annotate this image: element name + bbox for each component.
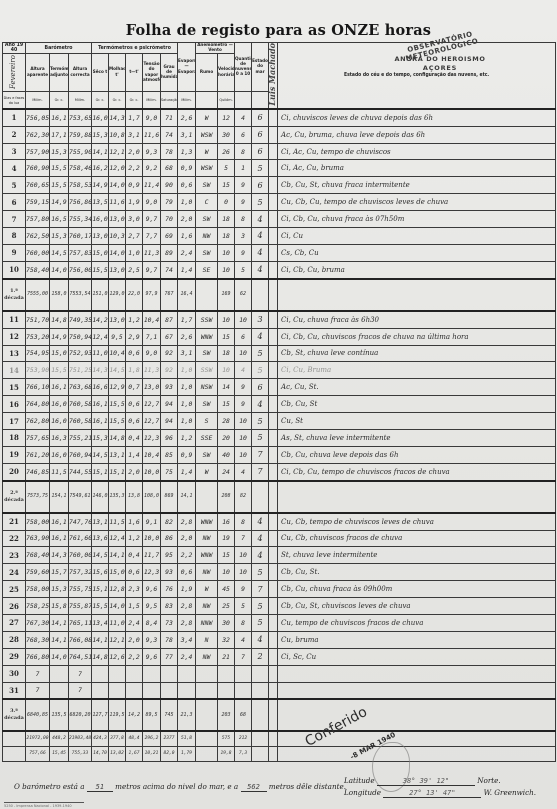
seco-cell: 14,5 bbox=[92, 547, 109, 564]
term-cell: 16,1 bbox=[50, 379, 69, 396]
tensao-cell: 9,6 bbox=[143, 648, 161, 665]
rumo-cell: SE bbox=[196, 261, 218, 278]
alt-ap-cell: 762,50 bbox=[26, 228, 50, 245]
day-cell: 10 bbox=[3, 261, 26, 278]
evap-cell: 2,8 bbox=[178, 513, 196, 530]
footer-text: metros dêle distante. bbox=[269, 782, 346, 791]
day-cell: 31 bbox=[3, 682, 26, 699]
sky-description-cell: Ci, Cb, Cu, bruma bbox=[278, 261, 556, 278]
diff-cell: 1,4 bbox=[126, 446, 143, 463]
evap-cell: 1,3 bbox=[178, 143, 196, 160]
decade-sum-cell: 129,0 bbox=[109, 279, 126, 311]
observer-cell bbox=[269, 211, 278, 228]
tensao-cell: 9,0 bbox=[143, 345, 161, 362]
total-cell: 14,70 bbox=[92, 747, 109, 762]
observer-cell bbox=[269, 631, 278, 648]
alt-cor-cell: 753,65 bbox=[69, 109, 92, 126]
molh-cell: 15,5 bbox=[109, 413, 126, 430]
vel-cell: 10 bbox=[218, 362, 235, 379]
observer-cell bbox=[269, 530, 278, 547]
tensao-cell: 9,3 bbox=[143, 143, 161, 160]
alt-ap-cell: 746,85 bbox=[26, 463, 50, 480]
unit-label: Milím. bbox=[143, 91, 161, 109]
sky-description-cell bbox=[278, 665, 556, 682]
rumo-cell: SSW bbox=[196, 311, 218, 328]
diff-cell: 1,6 bbox=[126, 513, 143, 530]
tensao-cell: 9,7 bbox=[143, 211, 161, 228]
evap-cell: 1,4 bbox=[178, 463, 196, 480]
sky-description-cell: Cb, Cu, St. bbox=[278, 564, 556, 581]
term-cell: 14,1 bbox=[50, 614, 69, 631]
observer-cell bbox=[269, 396, 278, 413]
diff-cell: 0,4 bbox=[126, 547, 143, 564]
day-cell: 11 bbox=[3, 311, 26, 328]
decade-sum-cell: 68 bbox=[235, 699, 252, 731]
decade-sum-cell: 146,0 bbox=[92, 481, 109, 513]
molh-cell: 14,8 bbox=[109, 429, 126, 446]
decade-sum-cell: 127,7 bbox=[92, 699, 109, 731]
observer-signature: Luis Machado bbox=[270, 43, 275, 106]
vel-cell: 14 bbox=[218, 379, 235, 396]
diff-cell: 3,0 bbox=[126, 211, 143, 228]
evap-cell: 1,6 bbox=[178, 228, 196, 245]
term-cell: 15,5 bbox=[50, 177, 69, 194]
sky-description-cell: Ci, Ac, Cu, tempo de chuviscos bbox=[278, 143, 556, 160]
day-cell: 7 bbox=[3, 211, 26, 228]
decade-label: 1.ª década bbox=[3, 279, 26, 311]
alt-ap-cell: 758,25 bbox=[26, 598, 50, 615]
term-cell: 14,0 bbox=[50, 648, 69, 665]
observer-cell bbox=[269, 177, 278, 194]
rumo-cell: W bbox=[196, 109, 218, 126]
hum-cell: 96 bbox=[161, 429, 178, 446]
unit-label: Gr. c. bbox=[50, 91, 69, 109]
table-row: 26758,2515,8755,8715,514,01,59,5832,8NW2… bbox=[3, 598, 556, 615]
decade-sum-cell bbox=[269, 699, 278, 731]
barometer-header: Barómetro bbox=[26, 43, 92, 54]
seco-cell: 15,3 bbox=[92, 126, 109, 143]
total-cell: 19,8 bbox=[218, 747, 235, 762]
seco-cell: 15,5 bbox=[92, 598, 109, 615]
observer-cell bbox=[269, 109, 278, 126]
total-cell: 82,0 bbox=[161, 747, 178, 762]
hum-cell bbox=[161, 682, 178, 699]
hum-cell: 74 bbox=[161, 261, 178, 278]
nuv-cell: 5 bbox=[235, 598, 252, 615]
decade-sum-cell: 767 bbox=[161, 279, 178, 311]
table-row: 14753,9015,5751,2514,314,51,811,3921,0SS… bbox=[3, 362, 556, 379]
vel-cell: 18 bbox=[218, 345, 235, 362]
total-label-cell bbox=[3, 747, 26, 762]
difference-header: t—t' bbox=[126, 54, 143, 91]
nuv-cell: 3 bbox=[235, 228, 252, 245]
decade-sum-cell: 108,0 bbox=[143, 481, 161, 513]
table-row: 9760,0014,5757,8315,014,01,011,3892,4SW1… bbox=[3, 244, 556, 261]
nuv-cell: 6 bbox=[235, 126, 252, 143]
vel-cell: 45 bbox=[218, 581, 235, 598]
footer-text: O barómetro está a bbox=[14, 782, 85, 791]
alt-cor-cell: 7 bbox=[69, 665, 92, 682]
month-header: Fevereiro bbox=[3, 54, 26, 91]
hum-cell: 68 bbox=[161, 160, 178, 177]
molh-cell: 10,8 bbox=[109, 126, 126, 143]
rumo-cell: NW bbox=[196, 598, 218, 615]
rumo-cell: WSW bbox=[196, 126, 218, 143]
vel-cell: 25 bbox=[218, 598, 235, 615]
molh-cell: 12,1 bbox=[109, 143, 126, 160]
tensao-cell: 9,1 bbox=[143, 513, 161, 530]
sky-description-cell: As, St, chuva leve intermitente bbox=[278, 429, 556, 446]
table-row: 21758,0016,1747,7613,111,51,69,1822,8WNW… bbox=[3, 513, 556, 530]
alt-cor-cell: 766,08 bbox=[69, 631, 92, 648]
molh-cell: 10,4 bbox=[109, 345, 126, 362]
footer-text: metros acima do nivel do mar, e a bbox=[115, 782, 238, 791]
term-cell bbox=[50, 665, 69, 682]
tensao-cell: 9,2 bbox=[143, 160, 161, 177]
term-cell: 15,3 bbox=[50, 143, 69, 160]
hum-cell: 90 bbox=[161, 177, 178, 194]
month-total-row: 757,6615,45755,3314,7013,021,6710,2182,0… bbox=[3, 747, 556, 762]
decade-label: 2.ª década bbox=[3, 481, 26, 513]
rumo-cell: NW bbox=[196, 228, 218, 245]
rumo-cell: NW bbox=[196, 648, 218, 665]
decade-sum-cell: 6820,20 bbox=[69, 699, 92, 731]
alt-ap-cell: 767,30 bbox=[26, 614, 50, 631]
sky-description-cell: Cb, Cu, chuva fraca às 09h00m bbox=[278, 581, 556, 598]
alt-ap-cell: 768,30 bbox=[26, 631, 50, 648]
decade-sum-cell: 14,2 bbox=[126, 699, 143, 731]
diff-cell: 1,2 bbox=[126, 311, 143, 328]
alt-ap-cell: 757,90 bbox=[26, 143, 50, 160]
observer-cell bbox=[269, 547, 278, 564]
alt-ap-cell: 759,15 bbox=[26, 194, 50, 211]
observer-cell bbox=[269, 665, 278, 682]
observer-cell bbox=[269, 429, 278, 446]
alt-cor-cell: 760,58 bbox=[69, 413, 92, 430]
nuv-cell: 8 bbox=[235, 211, 252, 228]
alt-ap-cell: 760,00 bbox=[26, 244, 50, 261]
term-cell: 16,1 bbox=[50, 513, 69, 530]
nuv-cell: 9 bbox=[235, 244, 252, 261]
total-cell: 755,33 bbox=[69, 747, 92, 762]
total-cell bbox=[269, 731, 278, 747]
tensao-cell: 9,0 bbox=[143, 194, 161, 211]
alt-ap-cell: 758,00 bbox=[26, 581, 50, 598]
table-row: 25758,0015,3755,7515,112,82,39,6761,9W45… bbox=[3, 581, 556, 598]
rumo-cell: SW bbox=[196, 211, 218, 228]
total-cell: 757,66 bbox=[26, 747, 50, 762]
latitude-value: 38° 39' 12" bbox=[377, 777, 475, 786]
vel-cell: 30 bbox=[218, 614, 235, 631]
tensao-cell: 9,6 bbox=[143, 581, 161, 598]
evap-cell: 2,8 bbox=[178, 598, 196, 615]
evap-cell: 0,6 bbox=[178, 564, 196, 581]
vel-cell: 24 bbox=[218, 463, 235, 480]
clouds-header: Quantidade de nuvens 0 a 10 bbox=[235, 43, 252, 92]
alt-cor-cell: 764,51 bbox=[69, 648, 92, 665]
decade-sum-cell: 151,0 bbox=[92, 279, 109, 311]
seco-cell: 16,1 bbox=[92, 413, 109, 430]
nuv-cell: 10 bbox=[235, 311, 252, 328]
tensao-cell: 11,7 bbox=[143, 547, 161, 564]
hum-cell: 78 bbox=[161, 143, 178, 160]
alt-cor-cell: 749,35 bbox=[69, 311, 92, 328]
term-cell: 16,0 bbox=[50, 446, 69, 463]
observer-cell bbox=[269, 244, 278, 261]
total-cell: 1,67 bbox=[126, 747, 143, 762]
total-cell bbox=[252, 747, 269, 762]
mar-cell: 4 bbox=[252, 513, 269, 530]
nuv-cell: 9 bbox=[235, 396, 252, 413]
diff-cell: 1,7 bbox=[126, 109, 143, 126]
month-total-row: 21972,00448,221903,48424,3377,848,4296,2… bbox=[3, 731, 556, 747]
alt-cor-cell: 758,53 bbox=[69, 177, 92, 194]
hum-cell: 93 bbox=[161, 379, 178, 396]
sky-description-cell: Ci, chuviscos leves de chuva depois das … bbox=[278, 109, 556, 126]
seco-cell: 13,6 bbox=[92, 530, 109, 547]
alt-ap-cell: 761,20 bbox=[26, 446, 50, 463]
term-cell: 17,1 bbox=[50, 126, 69, 143]
seco-cell: 13,5 bbox=[92, 194, 109, 211]
decade-sum-cell: 135,3 bbox=[109, 481, 126, 513]
vel-cell: 10 bbox=[218, 261, 235, 278]
total-cell: 51,8 bbox=[178, 731, 196, 747]
total-cell bbox=[252, 731, 269, 747]
day-cell: 9 bbox=[3, 244, 26, 261]
tensao-cell: 10,4 bbox=[143, 311, 161, 328]
day-cell: 17 bbox=[3, 413, 26, 430]
diff-cell: 0,6 bbox=[126, 564, 143, 581]
alt-ap-cell: 764,80 bbox=[26, 396, 50, 413]
hum-cell: 92 bbox=[161, 345, 178, 362]
term-cell: 15,3 bbox=[50, 581, 69, 598]
vel-cell: 32 bbox=[218, 631, 235, 648]
sky-description-cell: Ci, Cu bbox=[278, 228, 556, 245]
mar-cell: 5 bbox=[252, 598, 269, 615]
alt-ap-cell: 754,95 bbox=[26, 345, 50, 362]
hum-cell: 85 bbox=[161, 446, 178, 463]
sky-description-cell: Ci, Cb, Cu, chuviscos fracos de chuva na… bbox=[278, 328, 556, 345]
total-cell: 448,2 bbox=[50, 731, 69, 747]
vel-cell: 19 bbox=[218, 530, 235, 547]
term-cell: 16,5 bbox=[50, 211, 69, 228]
decade-sum-cell: 154,1 bbox=[50, 481, 69, 513]
molh-cell: 12,9 bbox=[109, 379, 126, 396]
decade-sum-cell: 169 bbox=[218, 279, 235, 311]
table-row: 5760,6515,5758,5314,914,00,911,4900,6SW1… bbox=[3, 177, 556, 194]
days-moon-header: Dias e fases da lua bbox=[3, 91, 26, 109]
evap-cell: 2,6 bbox=[178, 109, 196, 126]
total-cell: 48,4 bbox=[126, 731, 143, 747]
mar-cell: 6 bbox=[252, 109, 269, 126]
sky-description-cell: Ci, Cu, chuva fraca às 6h30 bbox=[278, 311, 556, 328]
evap-cell bbox=[178, 682, 196, 699]
hum-cell: 95 bbox=[161, 547, 178, 564]
sky-description-cell: Cu, St bbox=[278, 413, 556, 430]
alt-cor-cell: 756,86 bbox=[69, 194, 92, 211]
evap-cell: 1,9 bbox=[178, 581, 196, 598]
tensao-cell: 9,0 bbox=[143, 109, 161, 126]
mar-cell bbox=[252, 682, 269, 699]
vel-cell: 15 bbox=[218, 328, 235, 345]
sky-description-cell: Cu, Cb, tempo de chuviscos leves de chuv… bbox=[278, 513, 556, 530]
month-value: Fevereiro bbox=[11, 55, 16, 89]
term-cell: 15,7 bbox=[50, 564, 69, 581]
alt-ap-cell: 766,10 bbox=[26, 379, 50, 396]
term-cell: 16,1 bbox=[50, 530, 69, 547]
table-row: 3177 bbox=[3, 682, 556, 699]
evap-cell: 1,0 bbox=[178, 194, 196, 211]
table-row: 8762,5015,3760,1713,010,32,77,7691,6NW18… bbox=[3, 228, 556, 245]
diff-cell: 1,0 bbox=[126, 244, 143, 261]
term-cell: 11,5 bbox=[50, 463, 69, 480]
decade-sum-cell bbox=[269, 279, 278, 311]
alt-ap-cell: 7 bbox=[26, 665, 50, 682]
mar-cell: 4 bbox=[252, 228, 269, 245]
mar-cell: 5 bbox=[252, 429, 269, 446]
seco-cell: 15,1 bbox=[92, 581, 109, 598]
day-cell: 3 bbox=[3, 143, 26, 160]
sky-description-cell bbox=[278, 279, 556, 311]
molh-cell: 12,0 bbox=[109, 160, 126, 177]
hum-cell: 86 bbox=[161, 530, 178, 547]
nuv-cell: 4 bbox=[235, 631, 252, 648]
day-cell: 30 bbox=[3, 665, 26, 682]
alt-cor-cell: 747,76 bbox=[69, 513, 92, 530]
evap-cell: 1,7 bbox=[178, 311, 196, 328]
alt-ap-cell: 757,65 bbox=[26, 429, 50, 446]
day-cell: 1 bbox=[3, 109, 26, 126]
decade-sum-cell: 82 bbox=[235, 481, 252, 513]
tensao-cell: 10,4 bbox=[143, 446, 161, 463]
unit-label: Quilóm. bbox=[218, 91, 235, 109]
unit-label: Milím. bbox=[178, 91, 196, 109]
mar-cell: 4 bbox=[252, 396, 269, 413]
alt-cor-cell: 765,11 bbox=[69, 614, 92, 631]
term-cell: 15,0 bbox=[50, 345, 69, 362]
hum-cell: 79 bbox=[161, 194, 178, 211]
seco-cell: 14,2 bbox=[92, 311, 109, 328]
term-cell: 14,9 bbox=[50, 328, 69, 345]
longitude-value: 27° 13' 47" bbox=[383, 789, 481, 798]
decade-sum-cell: 203 bbox=[218, 699, 235, 731]
wind-direction-header: Rumo bbox=[196, 54, 218, 91]
molh-cell: 12,1 bbox=[109, 631, 126, 648]
table-row: 24759,6015,7757,3215,615,00,612,3930,6NW… bbox=[3, 564, 556, 581]
mar-cell: 7 bbox=[252, 581, 269, 598]
tensao-cell: 8,4 bbox=[143, 614, 161, 631]
day-cell: 12 bbox=[3, 328, 26, 345]
vel-cell: 15 bbox=[218, 396, 235, 413]
rumo-cell: W bbox=[196, 143, 218, 160]
day-cell: 29 bbox=[3, 648, 26, 665]
tensao-cell bbox=[143, 665, 161, 682]
tensao-cell: 12,7 bbox=[143, 396, 161, 413]
term-cell: 15,5 bbox=[50, 160, 69, 177]
table-row: 15766,1016,1763,6816,612,90,713,0931,0NS… bbox=[3, 379, 556, 396]
seco-cell: 15,6 bbox=[92, 564, 109, 581]
mar-cell: 5 bbox=[252, 413, 269, 430]
printer-imprint: 5250 - Imprensa Nacional - 1939-1940 bbox=[4, 802, 84, 808]
mar-cell: 6 bbox=[252, 379, 269, 396]
unit-label: Milím. bbox=[26, 91, 50, 109]
evap-cell: 2,6 bbox=[178, 328, 196, 345]
attached-thermometer-header: Termómetro adjunto bbox=[50, 54, 69, 91]
day-cell: 5 bbox=[3, 177, 26, 194]
alt-cor-cell: 744,55 bbox=[69, 463, 92, 480]
nuv-cell: 9 bbox=[235, 177, 252, 194]
table-row: 13754,9515,0752,9311,010,40,69,0923,1SW1… bbox=[3, 345, 556, 362]
decade-sum-cell: 22,0 bbox=[126, 279, 143, 311]
alt-ap-cell: 762,80 bbox=[26, 413, 50, 430]
molh-cell: 13,0 bbox=[109, 311, 126, 328]
nuv-cell: 9 bbox=[235, 379, 252, 396]
sky-description-cell: Ci, Ac, Cu, bruma bbox=[278, 160, 556, 177]
vel-cell: 15 bbox=[218, 547, 235, 564]
day-cell: 14 bbox=[3, 362, 26, 379]
table-row: 18757,6516,3755,2115,314,80,412,3961,2SS… bbox=[3, 429, 556, 446]
total-cell: 424,3 bbox=[92, 731, 109, 747]
evap-cell: 0,9 bbox=[178, 446, 196, 463]
rumo-cell: NSW bbox=[196, 379, 218, 396]
vel-cell: 18 bbox=[218, 228, 235, 245]
seco-cell: 14,8 bbox=[92, 648, 109, 665]
diff-cell: 2,2 bbox=[126, 160, 143, 177]
diff-cell: 1,2 bbox=[126, 530, 143, 547]
nuv-cell bbox=[235, 665, 252, 682]
observer-cell bbox=[269, 648, 278, 665]
seco-cell: 15,3 bbox=[92, 429, 109, 446]
observer-cell bbox=[269, 143, 278, 160]
diff-cell bbox=[126, 665, 143, 682]
term-cell: 14,0 bbox=[50, 261, 69, 278]
tensao-cell: 9,5 bbox=[143, 598, 161, 615]
seco-cell: 16,2 bbox=[92, 160, 109, 177]
evap-cell bbox=[178, 665, 196, 682]
evap-cell: 1,4 bbox=[178, 261, 196, 278]
evap-cell: 1,0 bbox=[178, 362, 196, 379]
alt-ap-cell: 753,20 bbox=[26, 328, 50, 345]
rumo-cell: WSW bbox=[196, 160, 218, 177]
hum-cell: 94 bbox=[161, 413, 178, 430]
molh-cell: 14,0 bbox=[109, 598, 126, 615]
seco-cell: 11,0 bbox=[92, 345, 109, 362]
sky-description-cell: Ci, Cu, Bruma bbox=[278, 362, 556, 379]
sky-description-cell: Cs, Cb, Cu bbox=[278, 244, 556, 261]
total-cell bbox=[269, 747, 278, 762]
day-cell: 15 bbox=[3, 379, 26, 396]
vel-cell: 0 bbox=[218, 194, 235, 211]
diff-cell: 2,5 bbox=[126, 261, 143, 278]
nuv-cell: 9 bbox=[235, 194, 252, 211]
day-cell: 2 bbox=[3, 126, 26, 143]
table-row: 20746,8511,5744,5515,115,12,010,0751,4W2… bbox=[3, 463, 556, 480]
nuv-cell: 10 bbox=[235, 413, 252, 430]
mar-cell: 5 bbox=[252, 345, 269, 362]
seco-cell: 14,1 bbox=[92, 631, 109, 648]
nuv-cell: 8 bbox=[235, 614, 252, 631]
rumo-cell: SW bbox=[196, 177, 218, 194]
diff-cell: 0,6 bbox=[126, 396, 143, 413]
table-row: 19761,2016,0760,9414,513,11,410,4850,9SW… bbox=[3, 446, 556, 463]
mar-cell: 6 bbox=[252, 177, 269, 194]
term-cell: 15,3 bbox=[50, 228, 69, 245]
table-row: 10758,4014,0756,0015,513,02,59,7741,4SE1… bbox=[3, 261, 556, 278]
table-row: 17762,8016,0760,5816,115,50,612,7941,0S2… bbox=[3, 413, 556, 430]
decade-sum-cell bbox=[252, 699, 269, 731]
alt-cor-cell: 750,94 bbox=[69, 328, 92, 345]
decade-sum-cell: 89,5 bbox=[143, 699, 161, 731]
